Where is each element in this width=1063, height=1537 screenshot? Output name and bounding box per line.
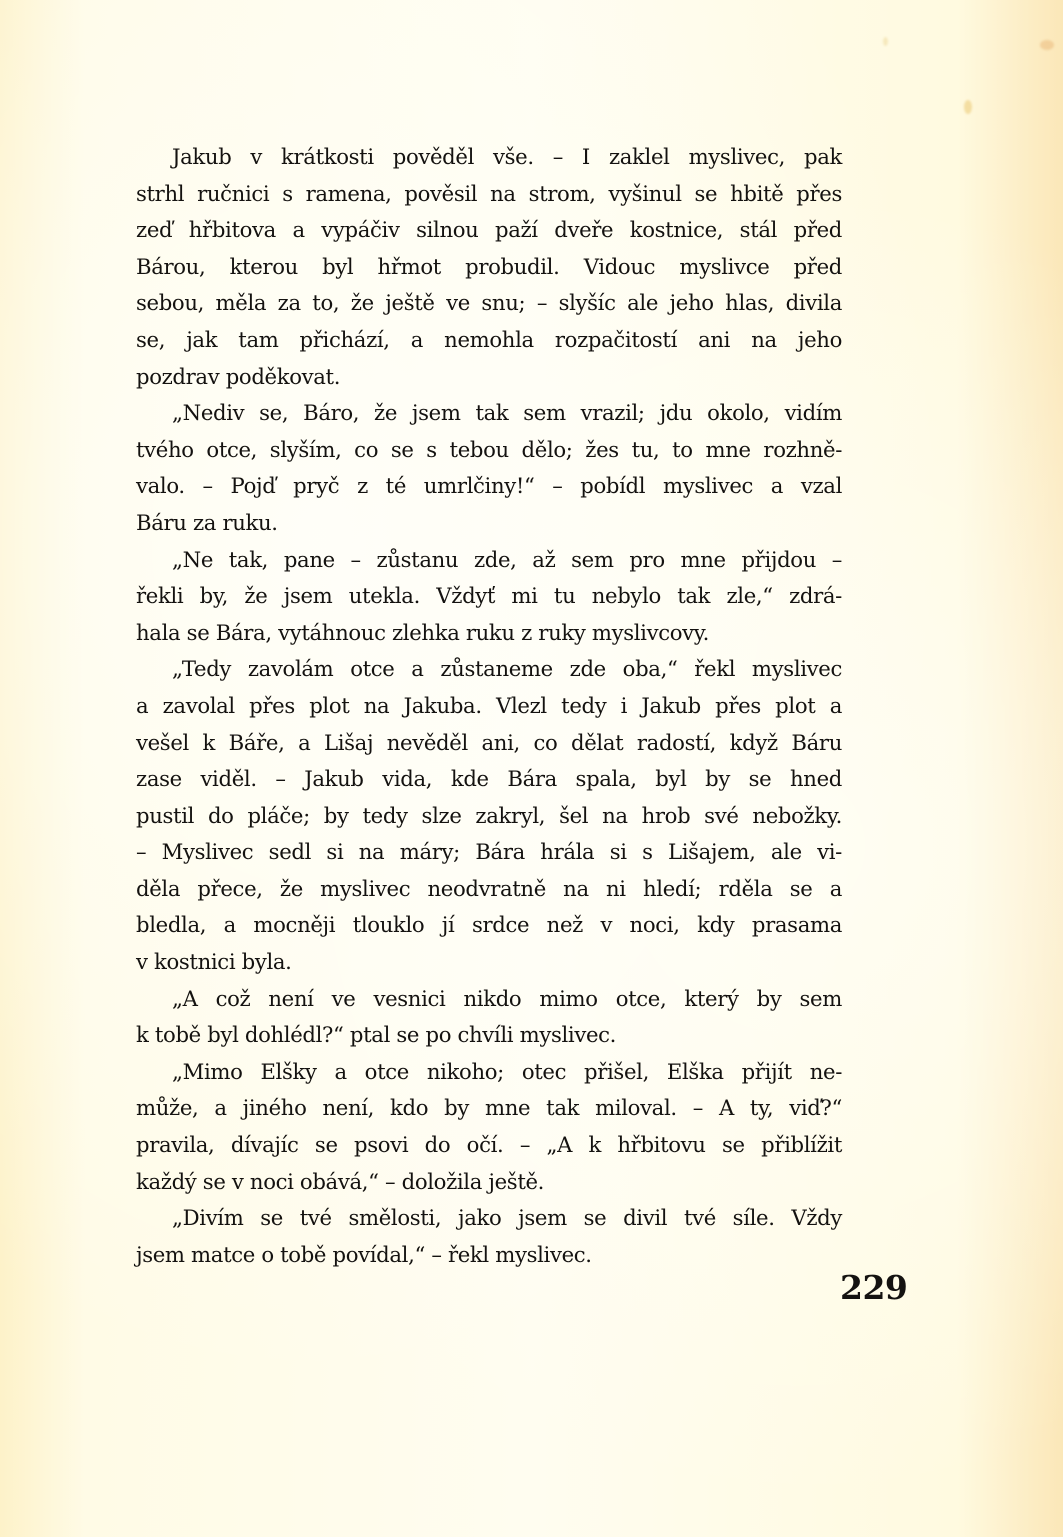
text-line: se, jak tam přichází, a nemohla rozpačit… [136,322,842,359]
text-line: zeď hřbitova a vypáčiv silnou paží dveře… [136,212,842,249]
paragraph: „Nediv se, Báro, že jsem tak sem vrazil;… [136,395,842,541]
text-line: hala se Bára, vytáhnouc zlehka ruku z ru… [136,615,842,652]
text-line: „A což není ve vesnici nikdo mimo otce, … [136,981,842,1018]
text-line: a zavolal přes plot na Jakuba. Vlezl ted… [136,688,842,725]
text-line: Bárou, kterou byl hřmot probudil. Vidouc… [136,249,842,286]
text-line: „Mimo Elšky a otce nikoho; otec přišel, … [136,1054,842,1091]
paragraph: „A což není ve vesnici nikdo mimo otce, … [136,981,842,1054]
paragraph: „Mimo Elšky a otce nikoho; otec přišel, … [136,1054,842,1200]
text-line: zase viděl. – Jakub vida, kde Bára spala… [136,761,842,798]
paragraph: Jakub v krátkosti pověděl vše. – I zakle… [136,139,842,395]
paper-stain [964,100,972,114]
text-line: – Myslivec sedl si na máry; Bára hrála s… [136,834,842,871]
paper-stain [883,37,888,46]
text-line: Jakub v krátkosti pověděl vše. – I zakle… [136,139,842,176]
text-line: jsem matce o tobě povídal,“ – řekl mysli… [136,1237,842,1274]
text-line: pravila, dívajíc se psovi do očí. – „A k… [136,1127,842,1164]
paragraph: „Ne tak, pane – zůstanu zde, až sem pro … [136,542,842,652]
text-line: tvého otce, slyším, co se s tebou dělo; … [136,432,842,469]
text-line: Báru za ruku. [136,505,842,542]
text-line: „Nediv se, Báro, že jsem tak sem vrazil;… [136,395,842,432]
text-line: sebou, měla za to, že ještě ve snu; – sl… [136,285,842,322]
text-line: vešel k Báře, a Lišaj nevěděl ani, co dě… [136,725,842,762]
paragraph: „Divím se tvé smělosti, jako jsem se div… [136,1200,842,1273]
paragraph: „Tedy zavolám otce a zůstaneme zde oba,“… [136,651,842,980]
text-line: bledla, a mocněji tlouklo jí srdce než v… [136,907,842,944]
paper-stain [1040,40,1054,50]
text-line: k tobě byl dohlédl?“ ptal se po chvíli m… [136,1017,842,1054]
text-line: strhl ručnici s ramena, pověsil na strom… [136,176,842,213]
page-number: 229 [840,1268,907,1307]
text-line: pozdrav poděkovat. [136,359,842,396]
text-line: „Ne tak, pane – zůstanu zde, až sem pro … [136,542,842,579]
text-line: každý se v noci obává,“ – doložila ještě… [136,1164,842,1201]
text-line: „Divím se tvé smělosti, jako jsem se div… [136,1200,842,1237]
book-page: Jakub v krátkosti pověděl vše. – I zakle… [0,0,1063,1537]
body-text: Jakub v krátkosti pověděl vše. – I zakle… [136,139,842,1273]
text-line: v kostnici byla. [136,944,842,981]
text-line: „Tedy zavolám otce a zůstaneme zde oba,“… [136,651,842,688]
text-line: může, a jiného není, kdo by mne tak milo… [136,1090,842,1127]
text-line: valo. – Pojď pryč z té umrlčiny!“ – pobí… [136,468,842,505]
text-line: pustil do pláče; by tedy slze zakryl, še… [136,798,842,835]
text-line: děla přece, že myslivec neodvratně na ni… [136,871,842,908]
text-line: řekli by, že jsem utekla. Vždyť mi tu ne… [136,578,842,615]
